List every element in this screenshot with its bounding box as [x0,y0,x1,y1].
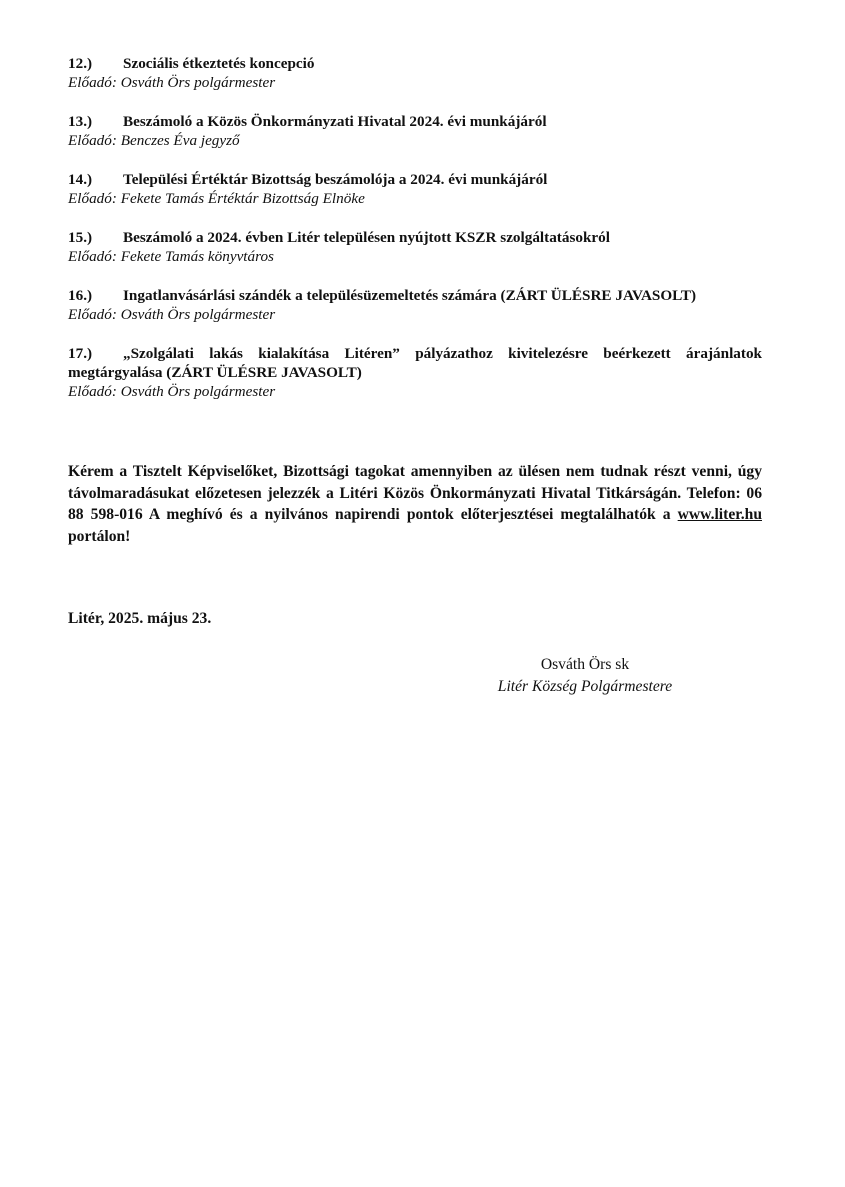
agenda-item-text: Beszámoló a 2024. évben Litér települése… [123,229,610,246]
agenda-item-presenter: Előadó: Osváth Örs polgármester [68,305,762,324]
agenda-item-number: 15.) [68,228,123,247]
agenda-item-number: 16.) [68,286,123,305]
agenda-item: 15.)Beszámoló a 2024. évben Litér telepü… [68,228,762,266]
agenda-item-text: „Szolgálati lakás kialakítása Litéren” p… [68,345,762,381]
agenda-item-title: 13.)Beszámoló a Közös Önkormányzati Hiva… [68,112,762,131]
agenda-item-title: 17.)„Szolgálati lakás kialakítása Litére… [68,344,762,382]
signature-block: Osváth Örs sk Litér Község Polgármestere [440,654,730,698]
agenda-item-text: Ingatlanvásárlási szándék a településüze… [123,287,696,304]
agenda-item-number: 12.) [68,54,123,73]
agenda-item: 16.)Ingatlanvásárlási szándék a települé… [68,286,762,324]
agenda-item: 13.)Beszámoló a Közös Önkormányzati Hiva… [68,112,762,150]
attendance-notice: Kérem a Tisztelt Képviselőket, Bizottság… [68,461,762,547]
date-line: Litér, 2025. május 23. [68,610,211,628]
agenda-list: 12.)Szociális étkeztetés koncepcióElőadó… [68,54,762,421]
agenda-item-number: 17.) [68,344,123,363]
agenda-item-number: 14.) [68,170,123,189]
agenda-item: 12.)Szociális étkeztetés koncepcióElőadó… [68,54,762,92]
agenda-item: 17.)„Szolgálati lakás kialakítása Litére… [68,344,762,401]
agenda-item-number: 13.) [68,112,123,131]
agenda-item-presenter: Előadó: Osváth Örs polgármester [68,73,762,92]
agenda-item-title: 16.)Ingatlanvásárlási szándék a települé… [68,286,762,305]
agenda-item-presenter: Előadó: Fekete Tamás könyvtáros [68,247,762,266]
agenda-item-title: 12.)Szociális étkeztetés koncepció [68,54,762,73]
agenda-item-presenter: Előadó: Osváth Örs polgármester [68,382,762,401]
agenda-item-text: Szociális étkeztetés koncepció [123,55,314,72]
agenda-item: 14.)Települési Értéktár Bizottság beszám… [68,170,762,208]
signer-role: Litér Község Polgármestere [440,676,730,698]
notice-text: Kérem a Tisztelt Képviselőket, Bizottság… [68,463,762,523]
agenda-item-presenter: Előadó: Fekete Tamás Értéktár Bizottság … [68,189,762,208]
agenda-item-text: Települési Értéktár Bizottság beszámolój… [123,171,547,188]
agenda-item-title: 15.)Beszámoló a 2024. évben Litér telepü… [68,228,762,247]
notice-text-end: portálon! [68,528,130,545]
agenda-item-presenter: Előadó: Benczes Éva jegyző [68,131,762,150]
agenda-item-text: Beszámoló a Közös Önkormányzati Hivatal … [123,113,547,130]
agenda-item-title: 14.)Települési Értéktár Bizottság beszám… [68,170,762,189]
website-link[interactable]: www.liter.hu [678,506,762,523]
signer-name: Osváth Örs sk [440,654,730,676]
